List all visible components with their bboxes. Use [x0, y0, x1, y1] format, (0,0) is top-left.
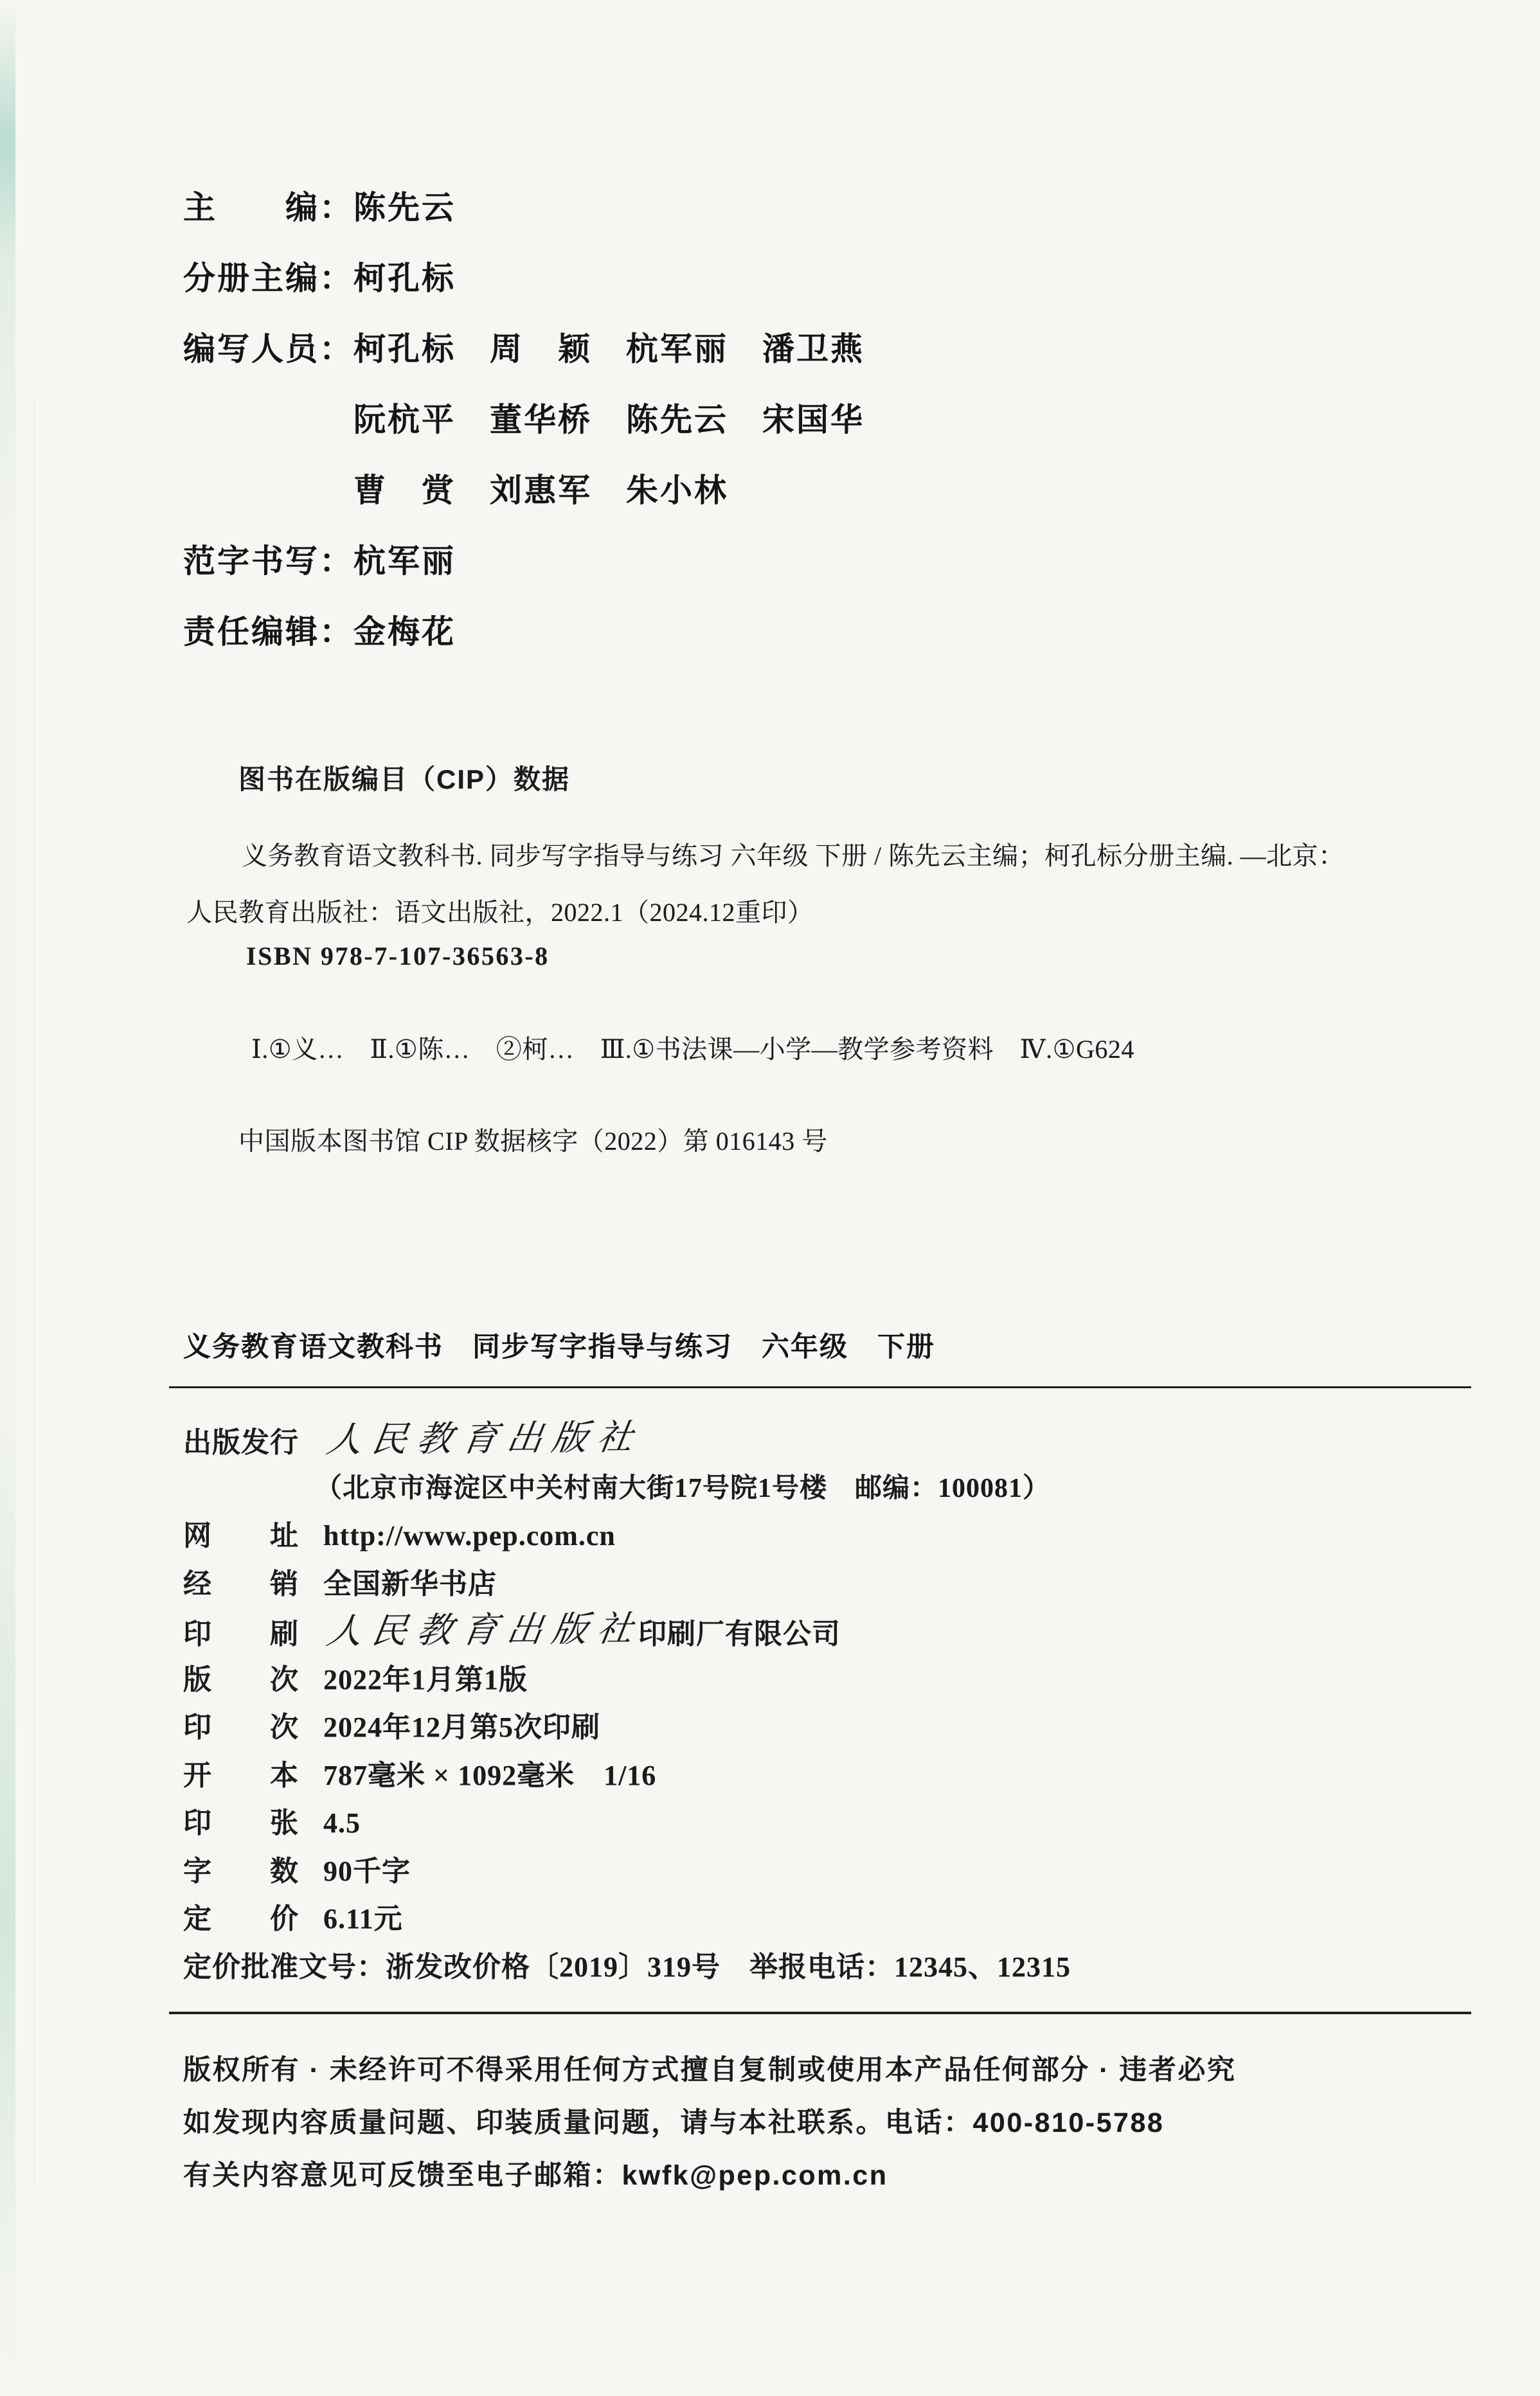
- footer-notices-section: 版权所有 · 未经许可不得采用任何方式擅自复制或使用本产品任何部分 · 违者必究…: [183, 2044, 1236, 2202]
- format-label: 开 本: [183, 1752, 300, 1800]
- cip-description-line1: 义务教育语文教科书. 同步写字指导与练习 六年级 下册 / 陈先云主编；柯孔标分…: [242, 836, 1345, 872]
- credit-row-volume-editor: 分册主编：柯孔标: [183, 243, 864, 314]
- cip-record-number: 中国版本图书馆 CIP 数据核字（2022）第 016143 号: [238, 1121, 828, 1158]
- pep-script-logo-printer: 人民教育出版社: [323, 1605, 646, 1656]
- quality-contact-notice: 如发现内容质量问题、印装质量问题，请与本社联系。电话：400-810-5788: [183, 2096, 1236, 2149]
- edition-label: 版 次: [183, 1656, 300, 1704]
- divider-rule-top: [169, 1386, 1471, 1388]
- chief-editor-name: 陈先云: [354, 190, 456, 226]
- website-label: 网 址: [183, 1512, 300, 1560]
- sheets-value: 4.5: [323, 1807, 361, 1839]
- credit-row-responsible-editor: 责任编辑：金梅花: [183, 596, 864, 667]
- pub-row-impression: 印 次2024年12月第5次印刷: [183, 1704, 1071, 1752]
- isbn-number: ISBN 978-7-107-36563-8: [246, 941, 550, 971]
- volume-editor-name: 柯孔标: [354, 260, 456, 296]
- credit-row-compilers-2: 阮杭平 董华桥 陈先云 宋国华: [183, 384, 864, 455]
- price-label: 定 价: [183, 1895, 300, 1944]
- pep-script-logo: 人民教育出版社: [323, 1414, 646, 1465]
- cip-classification: Ⅰ.①义… Ⅱ.①陈… ②柯… Ⅲ.①书法课—小学—教学参考资料 Ⅳ.①G624: [251, 1029, 1134, 1066]
- price-approval-text: 定价批准文号：浙发改价格〔2019〕319号 举报电话：12345、12315: [183, 1951, 1071, 1983]
- calligrapher-label: 范字书写：: [183, 543, 354, 579]
- pub-row-distribution: 经 销全国新华书店: [183, 1560, 1071, 1609]
- volume-editor-label: 分册主编：: [183, 260, 354, 296]
- publisher-address: （北京市海淀区中关村南大街17号院1号楼 邮编：100081）: [315, 1474, 1050, 1503]
- impression-label: 印 次: [183, 1704, 300, 1752]
- copyright-notice: 版权所有 · 未经许可不得采用任何方式擅自复制或使用本产品任何部分 · 违者必究: [183, 2044, 1236, 2096]
- compilers-names-1: 柯孔标 周 颖 杭军丽 潘卫燕: [354, 331, 864, 367]
- pub-row-price: 定 价6.11元: [183, 1895, 1071, 1944]
- responsible-editor-name: 金梅花: [354, 614, 456, 650]
- pub-row-format: 开 本787毫米 × 1092毫米 1/16: [183, 1752, 1071, 1800]
- credit-row-calligrapher: 范字书写：杭军丽: [183, 526, 864, 596]
- compilers-names-3: 曹 赏 刘惠军 朱小林: [354, 472, 728, 508]
- calligrapher-name: 杭军丽: [354, 543, 456, 579]
- credit-row-compilers-3: 曹 赏 刘惠军 朱小林: [183, 455, 864, 526]
- book-copyright-page: 主 编：陈先云 分册主编：柯孔标 编写人员：柯孔标 周 颖 杭军丽 潘卫燕 阮杭…: [0, 0, 1540, 2396]
- page-curl-shadow: [33, 398, 35, 2185]
- price-value: 6.11元: [323, 1903, 403, 1935]
- pub-row-sheets: 印 张4.5: [183, 1800, 1071, 1848]
- compilers-names-2: 阮杭平 董华桥 陈先云 宋国华: [354, 402, 864, 438]
- credit-row-chief-editor: 主 编：陈先云: [183, 172, 864, 243]
- format-value: 787毫米 × 1092毫米 1/16: [323, 1760, 656, 1791]
- feedback-email-notice: 有关内容意见可反馈至电子邮箱：kwfk@pep.com.cn: [183, 2149, 1236, 2202]
- impression-value: 2024年12月第5次印刷: [323, 1712, 600, 1743]
- distribution-label: 经 销: [183, 1560, 300, 1609]
- book-title: 义务教育语文教科书 同步写字指导与练习 六年级 下册: [183, 1325, 935, 1364]
- pub-row-address: （北京市海淀区中关村南大街17号院1号楼 邮编：100081）: [183, 1465, 1071, 1513]
- publishing-info-section: 出版发行人民教育出版社 （北京市海淀区中关村南大街17号院1号楼 邮编：1000…: [183, 1417, 1071, 1991]
- responsible-editor-label: 责任编辑：: [183, 614, 354, 650]
- pub-row-edition: 版 次2022年1月第1版: [183, 1656, 1071, 1704]
- scan-edge-artifact: [0, 0, 15, 2396]
- pub-row-website: 网 址http://www.pep.com.cn: [183, 1512, 1071, 1560]
- website-url: http://www.pep.com.cn: [323, 1520, 616, 1551]
- edition-value: 2022年1月第1版: [323, 1664, 528, 1695]
- pub-row-publisher: 出版发行人民教育出版社: [183, 1417, 1071, 1465]
- publisher-label: 出版发行: [183, 1419, 300, 1467]
- pub-row-words: 字 数90千字: [183, 1848, 1071, 1896]
- printer-suffix: 印刷厂有限公司: [638, 1618, 841, 1650]
- distribution-value: 全国新华书店: [323, 1568, 497, 1600]
- credit-row-compilers-1: 编写人员：柯孔标 周 颖 杭军丽 潘卫燕: [183, 314, 864, 384]
- pub-row-price-approval: 定价批准文号：浙发改价格〔2019〕319号 举报电话：12345、12315: [183, 1944, 1071, 1992]
- sheets-label: 印 张: [183, 1800, 300, 1848]
- cip-description-line2: 人民教育出版社：语文出版社，2022.1（2024.12重印）: [186, 892, 814, 929]
- printing-label: 印 刷: [183, 1611, 300, 1659]
- divider-rule-bottom: [169, 2012, 1471, 2014]
- pub-row-printer: 印 刷人民教育出版社印刷厂有限公司: [183, 1608, 1071, 1656]
- compilers-label: 编写人员：: [183, 331, 354, 367]
- words-label: 字 数: [183, 1848, 300, 1896]
- chief-editor-label: 主 编：: [183, 190, 354, 226]
- credits-section: 主 编：陈先云 分册主编：柯孔标 编写人员：柯孔标 周 颖 杭军丽 潘卫燕 阮杭…: [183, 172, 864, 667]
- words-value: 90千字: [323, 1855, 411, 1887]
- cip-heading: 图书在版编目（CIP）数据: [238, 758, 570, 797]
